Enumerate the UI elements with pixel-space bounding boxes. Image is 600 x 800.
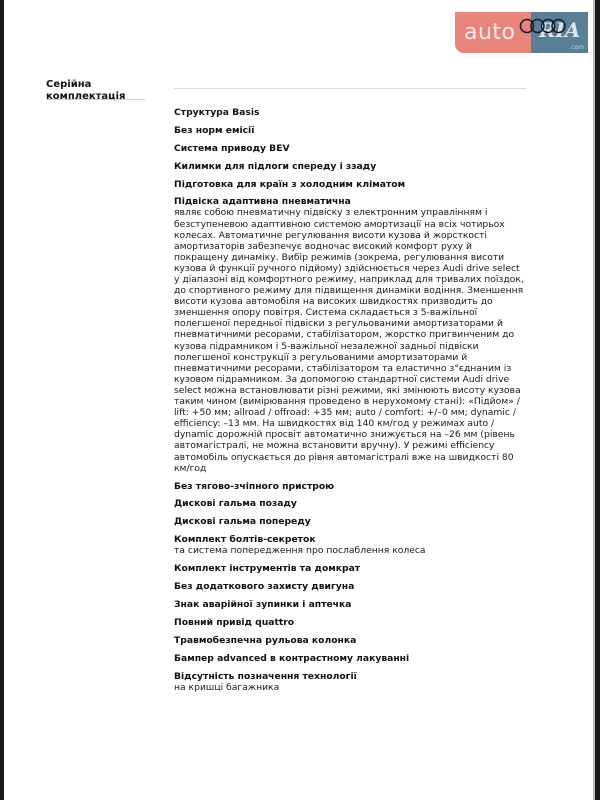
feature-item: Підготовка для країн з холодним кліматом (174, 179, 534, 190)
feature-title: Комплект інструментів та домкрат (174, 563, 534, 574)
feature-item: Дискові гальма попереду (174, 516, 534, 527)
feature-title: Без тягово-зчіпного пристрою (174, 481, 534, 492)
feature-title: Комплект болтів-секреток (174, 534, 534, 545)
feature-item: Без норм емісії (174, 125, 534, 136)
feature-title: Травмобезпечна рульова колонка (174, 635, 534, 646)
feature-item: Підвіска адаптивна пневматичнаявляє собо… (174, 196, 534, 473)
feature-item: Килимки для підлоги спереду і ззаду (174, 161, 534, 172)
feature-item: Без тягово-зчіпного пристрою (174, 481, 534, 492)
feature-title: Підготовка для країн з холодним кліматом (174, 179, 534, 190)
feature-title: Без норм емісії (174, 125, 534, 136)
feature-item: Травмобезпечна рульова колонка (174, 635, 534, 646)
feature-title: Відсутність позначення технології (174, 671, 534, 682)
feature-description: та система попередження про послаблення … (174, 545, 526, 556)
feature-title: Килимки для підлоги спереду і ззаду (174, 161, 534, 172)
feature-item: Дискові гальма позаду (174, 498, 534, 509)
section-divider (46, 99, 145, 100)
feature-title: Бампер advanced в контрастному лакуванні (174, 653, 534, 664)
feature-item: Комплект інструментів та домкрат (174, 563, 534, 574)
feature-item: Комплект болтів-секретокта система попер… (174, 534, 534, 556)
feature-item: Відсутність позначення технологіїна криш… (174, 671, 534, 693)
feature-item: Бампер advanced в контрастному лакуванні (174, 653, 534, 664)
feature-title: Знак аварійної зупинки і аптечка (174, 599, 534, 610)
feature-title: Дискові гальма попереду (174, 516, 534, 527)
feature-title: Дискові гальма позаду (174, 498, 534, 509)
page-frame-left (0, 0, 4, 800)
feature-item: Знак аварійної зупинки і аптечка (174, 599, 534, 610)
feature-list: Структура BasisБез норм емісіїСистема пр… (174, 107, 534, 700)
feature-title: Система приводу BEV (174, 143, 534, 154)
feature-item: Система приводу BEV (174, 143, 534, 154)
feature-item: Без додаткового захисту двигуна (174, 581, 534, 592)
feature-description: являє собою пневматичну підвіску з елект… (174, 207, 526, 473)
logo-domain-suffix: .com (569, 45, 584, 51)
feature-item: Структура Basis (174, 107, 534, 118)
feature-item: Повний привід quattro (174, 617, 534, 628)
autoria-logo: auto RIA .com (455, 12, 588, 53)
feature-title: Підвіска адаптивна пневматична (174, 196, 534, 207)
feature-description: на кришці багажника (174, 682, 526, 693)
feature-title: Структура Basis (174, 107, 534, 118)
feature-title: Без додаткового захисту двигуна (174, 581, 534, 592)
page-frame-right (595, 0, 600, 800)
feature-title: Повний привід quattro (174, 617, 534, 628)
audi-rings-icon (519, 18, 567, 34)
content-divider (174, 88, 526, 89)
